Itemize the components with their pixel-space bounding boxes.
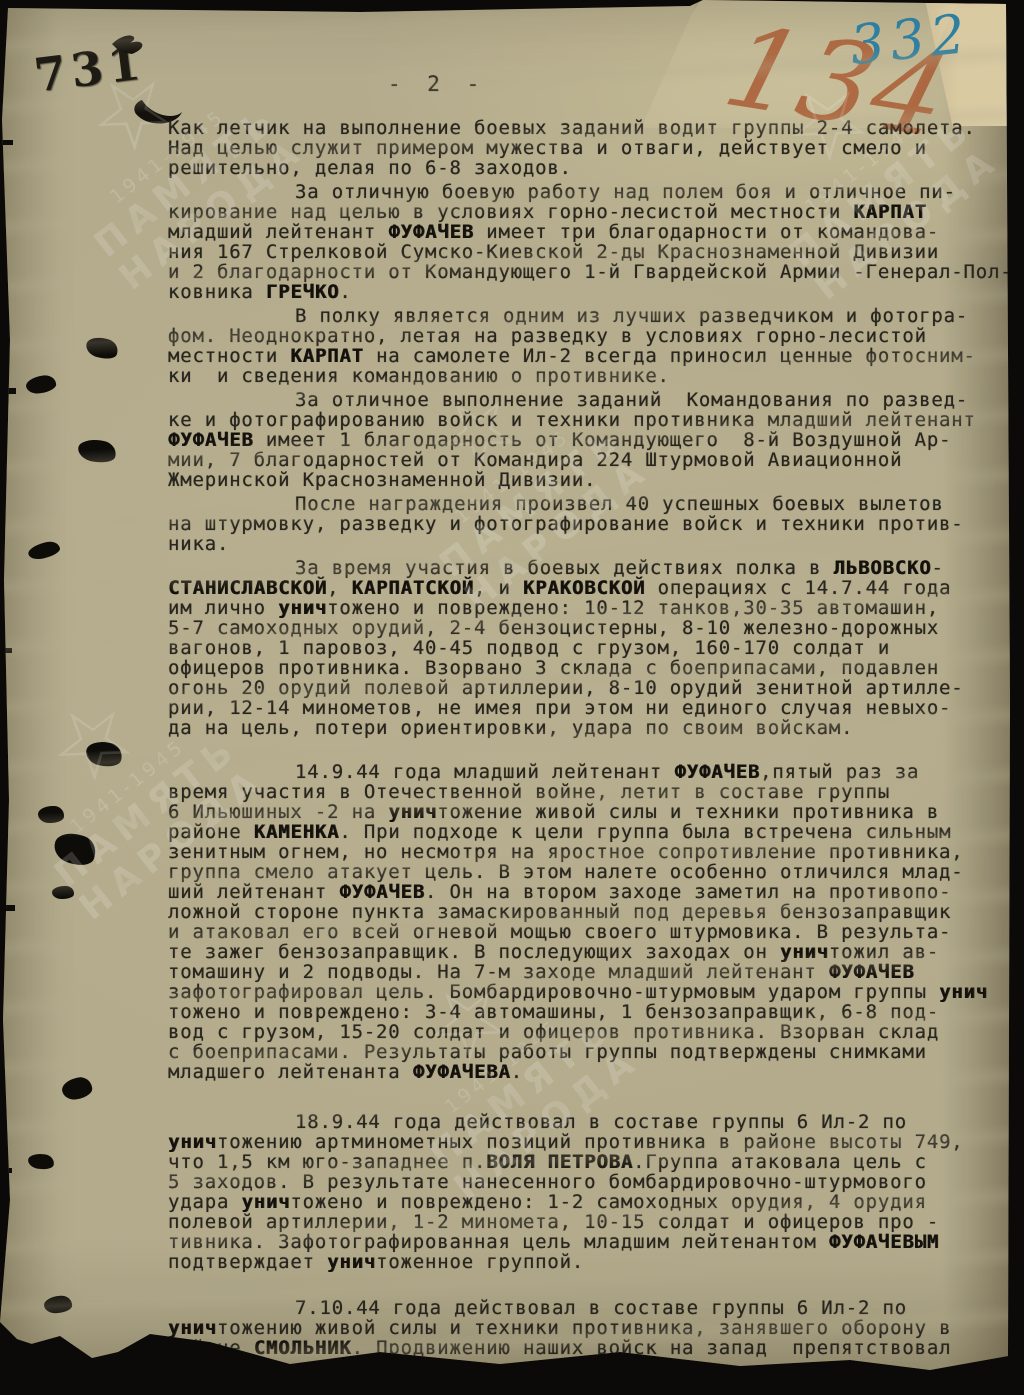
text-line: те зажег бензозаправщик. В последующих з… <box>168 942 1020 962</box>
text-line: да на цель, потери ориентировки, удара п… <box>168 718 1020 738</box>
text-line: рии, 12-14 минометов, не имея при этом н… <box>168 698 1020 718</box>
text-line: местности КАРПАТ на самолете Ил-2 всегда… <box>168 346 1020 366</box>
text-line: мии, 7 благодарностей от Командира 224 Ш… <box>168 450 1020 470</box>
text-line: зенитным огнем, но несмотря на яростное … <box>168 842 1020 862</box>
text-line: тивника. Зафотографированная цель младши… <box>168 1232 1020 1252</box>
paragraph: 7.10.44 года действовал в составе группы… <box>168 1298 1020 1358</box>
text-line: с боеприпасами. Результаты работы группы… <box>168 1042 1020 1062</box>
ink-blot <box>25 374 57 395</box>
paragraph: 18.9.44 года действовал в составе группы… <box>168 1112 1020 1272</box>
text-line: младшего лейтенанта ФУФАЧЕВА. <box>168 1062 1020 1082</box>
scan-edge-artifact <box>0 905 15 911</box>
text-line: решительно, делая по 6-8 заходов. <box>168 158 1020 178</box>
paragraph: 14.9.44 года младший лейтенант ФУФАЧЕВ,п… <box>168 762 1020 1082</box>
text-line: вод с грузом, 15-20 солдат и офицеров пр… <box>168 1022 1020 1042</box>
scan-edge-artifact <box>0 140 13 145</box>
text-line: ший лейтенант ФУФАЧЕВ. Он на втором захо… <box>168 882 1020 902</box>
text-line: ника. <box>168 534 1020 554</box>
text-line: и 2 благодарности от Командующего 1-й Гв… <box>168 262 1020 282</box>
text-line: ния 167 Стрелковой Сумско-Киевской 2-ды … <box>168 242 1020 262</box>
text-line: районе КАМЕНКА. При подходе к цели групп… <box>168 822 1020 842</box>
text-line: на штурмовку, разведку и фотографировани… <box>168 514 1020 534</box>
scan-edge-artifact <box>0 648 12 653</box>
text-line: Над целью служит примером мужества и отв… <box>168 138 1020 158</box>
ink-blot <box>50 828 99 870</box>
text-line: и атаковал его всей огневой мощью своего… <box>168 922 1020 942</box>
text-line: После награждения произвел 40 успешных б… <box>168 494 1020 514</box>
ink-blot <box>60 1075 93 1101</box>
text-line: ке и фотографированию войск и техники пр… <box>168 410 1020 430</box>
handwritten-number-blue: 332 <box>847 2 974 77</box>
text-line: вагонов, 1 паровоз, 40-45 подвод с грузо… <box>168 638 1020 658</box>
text-line: СТАНИСЛАВСКОЙ, КАРПАТСКОЙ, и КРАКОВСКОЙ … <box>168 578 1020 598</box>
document-page: 731 134 332 - 2 - Как летчик на выполнен… <box>0 0 1014 1374</box>
text-line: В полку является одним из лучших разведч… <box>168 306 1020 326</box>
ink-blot <box>52 886 74 899</box>
text-line: томашину и 2 подводы. На 7-м заходе млад… <box>168 962 1020 982</box>
paragraph: В полку является одним из лучших разведч… <box>168 306 1020 386</box>
text-line: младший лейтенант ФУФАЧЕВ имеет три благ… <box>168 222 1020 242</box>
star-icon: ☆ <box>34 684 150 799</box>
ink-blot <box>27 539 62 561</box>
page-number: - 2 - <box>388 72 486 96</box>
ink-blot <box>77 437 118 465</box>
text-line: За отличное выполнение заданий Командова… <box>168 390 1020 410</box>
text-line: районе СМОЛЬНИК. Продвижению наших войск… <box>168 1338 1020 1358</box>
text-line: группа смело атакует цель. В этом налете… <box>168 862 1020 882</box>
text-line: тожено и повреждено: 3-4 автомашины, 1 б… <box>168 1002 1020 1022</box>
scan-edge-artifact <box>0 388 16 394</box>
paragraph: За отличное выполнение заданий Командова… <box>168 390 1020 490</box>
text-line: 5 заходов. В результате нанесенного бомб… <box>168 1172 1020 1192</box>
text-line: 14.9.44 года младший лейтенант ФУФАЧЕВ,п… <box>168 762 1020 782</box>
text-line: уничтожению живой силы и техники противн… <box>168 1318 1020 1338</box>
text-line: им лично уничтожено и повреждено: 10-12 … <box>168 598 1020 618</box>
pen-mark <box>90 28 210 128</box>
text-line: 6 Ильюшиных -2 на уничтожение живой силы… <box>168 802 1020 822</box>
text-line: За время участия в боевых действиях полк… <box>168 558 1020 578</box>
text-line: 5-7 самоходных орудий, 2-4 бензоцистерны… <box>168 618 1020 638</box>
text-line: зафотографировал цель. Бомбардировочно-ш… <box>168 982 1020 1002</box>
text-line: офицеров противника. Взорвано 3 склада с… <box>168 658 1020 678</box>
text-line: 18.9.44 года действовал в составе группы… <box>168 1112 1020 1132</box>
text-line: ложной стороне пункта замаскированный по… <box>168 902 1020 922</box>
text-line: время участия в Отечественной войне, лет… <box>168 782 1020 802</box>
paragraph: За отличную боевую работу над полем боя … <box>168 182 1020 302</box>
text-line: Жмеринской Краснознаменной Дивизии. <box>168 470 1020 490</box>
scan-edge-artifact <box>0 1168 12 1173</box>
ink-blot <box>27 1152 55 1170</box>
text-line: За отличную боевую работу над полем боя … <box>168 182 1020 202</box>
ink-blot <box>84 334 120 361</box>
paragraph: После награждения произвел 40 успешных б… <box>168 494 1020 554</box>
text-line: Как летчик на выполнение боевых заданий … <box>168 118 1020 138</box>
text-line: фом. Неоднократно, летая на разведку в у… <box>168 326 1020 346</box>
paragraph: Как летчик на выполнение боевых заданий … <box>168 118 1020 178</box>
text-line: подтверждает уничтоженное группой. <box>168 1252 1020 1272</box>
ink-blot <box>38 806 64 823</box>
ink-blot <box>84 739 124 769</box>
document-body: Как летчик на выполнение боевых заданий … <box>168 118 1020 1358</box>
text-line: огонь 20 орудий полевой артиллерии, 8-10… <box>168 678 1020 698</box>
text-line: полевой артиллерии, 1-2 миномета, 10-15 … <box>168 1212 1020 1232</box>
scan-background: 731 134 332 - 2 - Как летчик на выполнен… <box>0 0 1024 1395</box>
text-line: ФУФАЧЕВ имеет 1 благодарность от Команду… <box>168 430 1020 450</box>
text-line: уничтожению артминометных позиций против… <box>168 1132 1020 1152</box>
text-line: 7.10.44 года действовал в составе группы… <box>168 1298 1020 1318</box>
text-line: кирование над целью в условиях горно-лес… <box>168 202 1020 222</box>
text-line: ки и сведения командованию о противнике. <box>168 366 1020 386</box>
paragraph: За время участия в боевых действиях полк… <box>168 558 1020 738</box>
text-line: что 1,5 км юго-западнее п.ВОЛЯ ПЕТРОВА.Г… <box>168 1152 1020 1172</box>
text-line: ковника ГРЕЧКО. <box>168 282 1020 302</box>
ink-blot <box>43 1295 72 1314</box>
text-line: удара уничтожено и повреждено: 1-2 самох… <box>168 1192 1020 1212</box>
